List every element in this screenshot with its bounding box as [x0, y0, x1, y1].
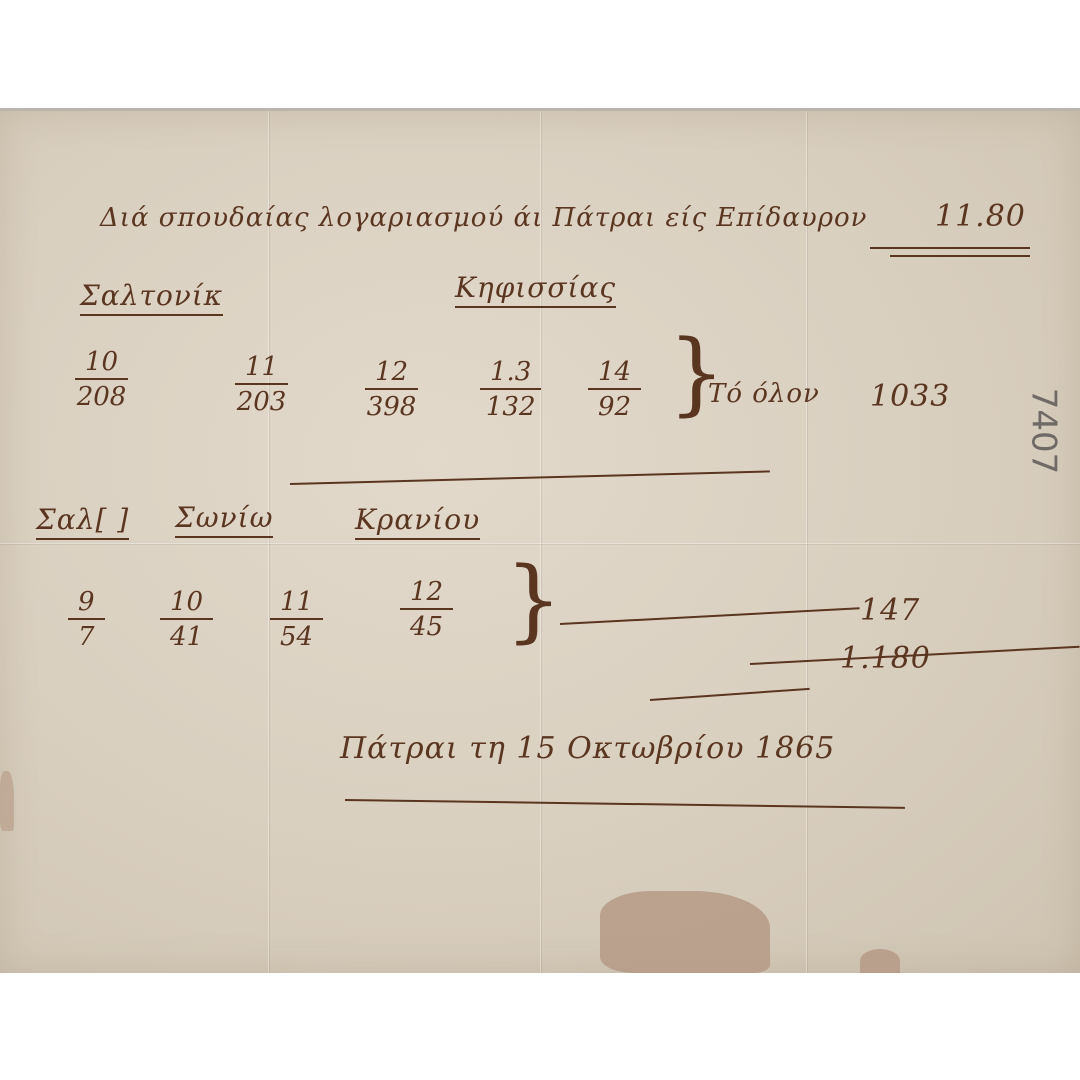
section1-label-left: Σαλτονίκ [80, 279, 223, 316]
divider-line [290, 470, 770, 485]
fraction: 10208 [75, 346, 128, 414]
fold-line [806, 111, 807, 973]
flourish-line [560, 607, 860, 625]
fold-line [268, 111, 269, 973]
fraction: 1492 [588, 356, 641, 424]
underline [870, 247, 1030, 249]
section2-total-bottom: 1.180 [840, 641, 931, 676]
section2-label-center: Κρανίου [355, 503, 480, 540]
fraction: 1245 [400, 576, 453, 644]
header-amount: 11.80 [935, 199, 1026, 234]
paper-damage [600, 891, 770, 973]
closing-line: Πάτραι τη 15 Οκτωβρίου 1865 [340, 731, 835, 766]
section2-total-top: 147 [860, 593, 920, 628]
fold-line [0, 543, 1080, 544]
section2-label-left: Σαλ[ ] [36, 503, 129, 540]
fraction: 12398 [365, 356, 418, 424]
fraction: 97 [68, 586, 105, 654]
flourish-line [650, 688, 810, 701]
document-paper: Διά σπουδαίας λογαριασμού άι Πάτραι είς … [0, 108, 1080, 973]
closing-year: 1865 [755, 731, 835, 766]
signature-flourish [345, 799, 905, 809]
paper-damage [860, 949, 900, 973]
fraction: 1154 [270, 586, 323, 654]
underline [890, 255, 1030, 257]
paper-damage [0, 771, 14, 831]
section2-label-middle: Σωνίω [175, 501, 273, 538]
brace-icon: } [505, 556, 562, 646]
closing-prefix: τη [469, 731, 506, 766]
section1-total-label: Τό όλον [708, 379, 820, 409]
fraction: 1041 [160, 586, 213, 654]
closing-place: Πάτραι [340, 731, 459, 766]
fold-line [540, 111, 541, 973]
fraction: 11203 [235, 351, 288, 419]
margin-note: 7407 [1023, 388, 1063, 475]
section1-label-center: Κηφισσίας [455, 271, 616, 308]
section1-total-value: 1033 [870, 379, 950, 414]
header-text: Διά σπουδαίας λογαριασμού άι Πάτραι είς … [100, 203, 867, 233]
closing-month: Οκτωβρίου [567, 731, 744, 766]
fraction: 1.3132 [480, 356, 541, 424]
closing-day: 15 [516, 731, 556, 766]
